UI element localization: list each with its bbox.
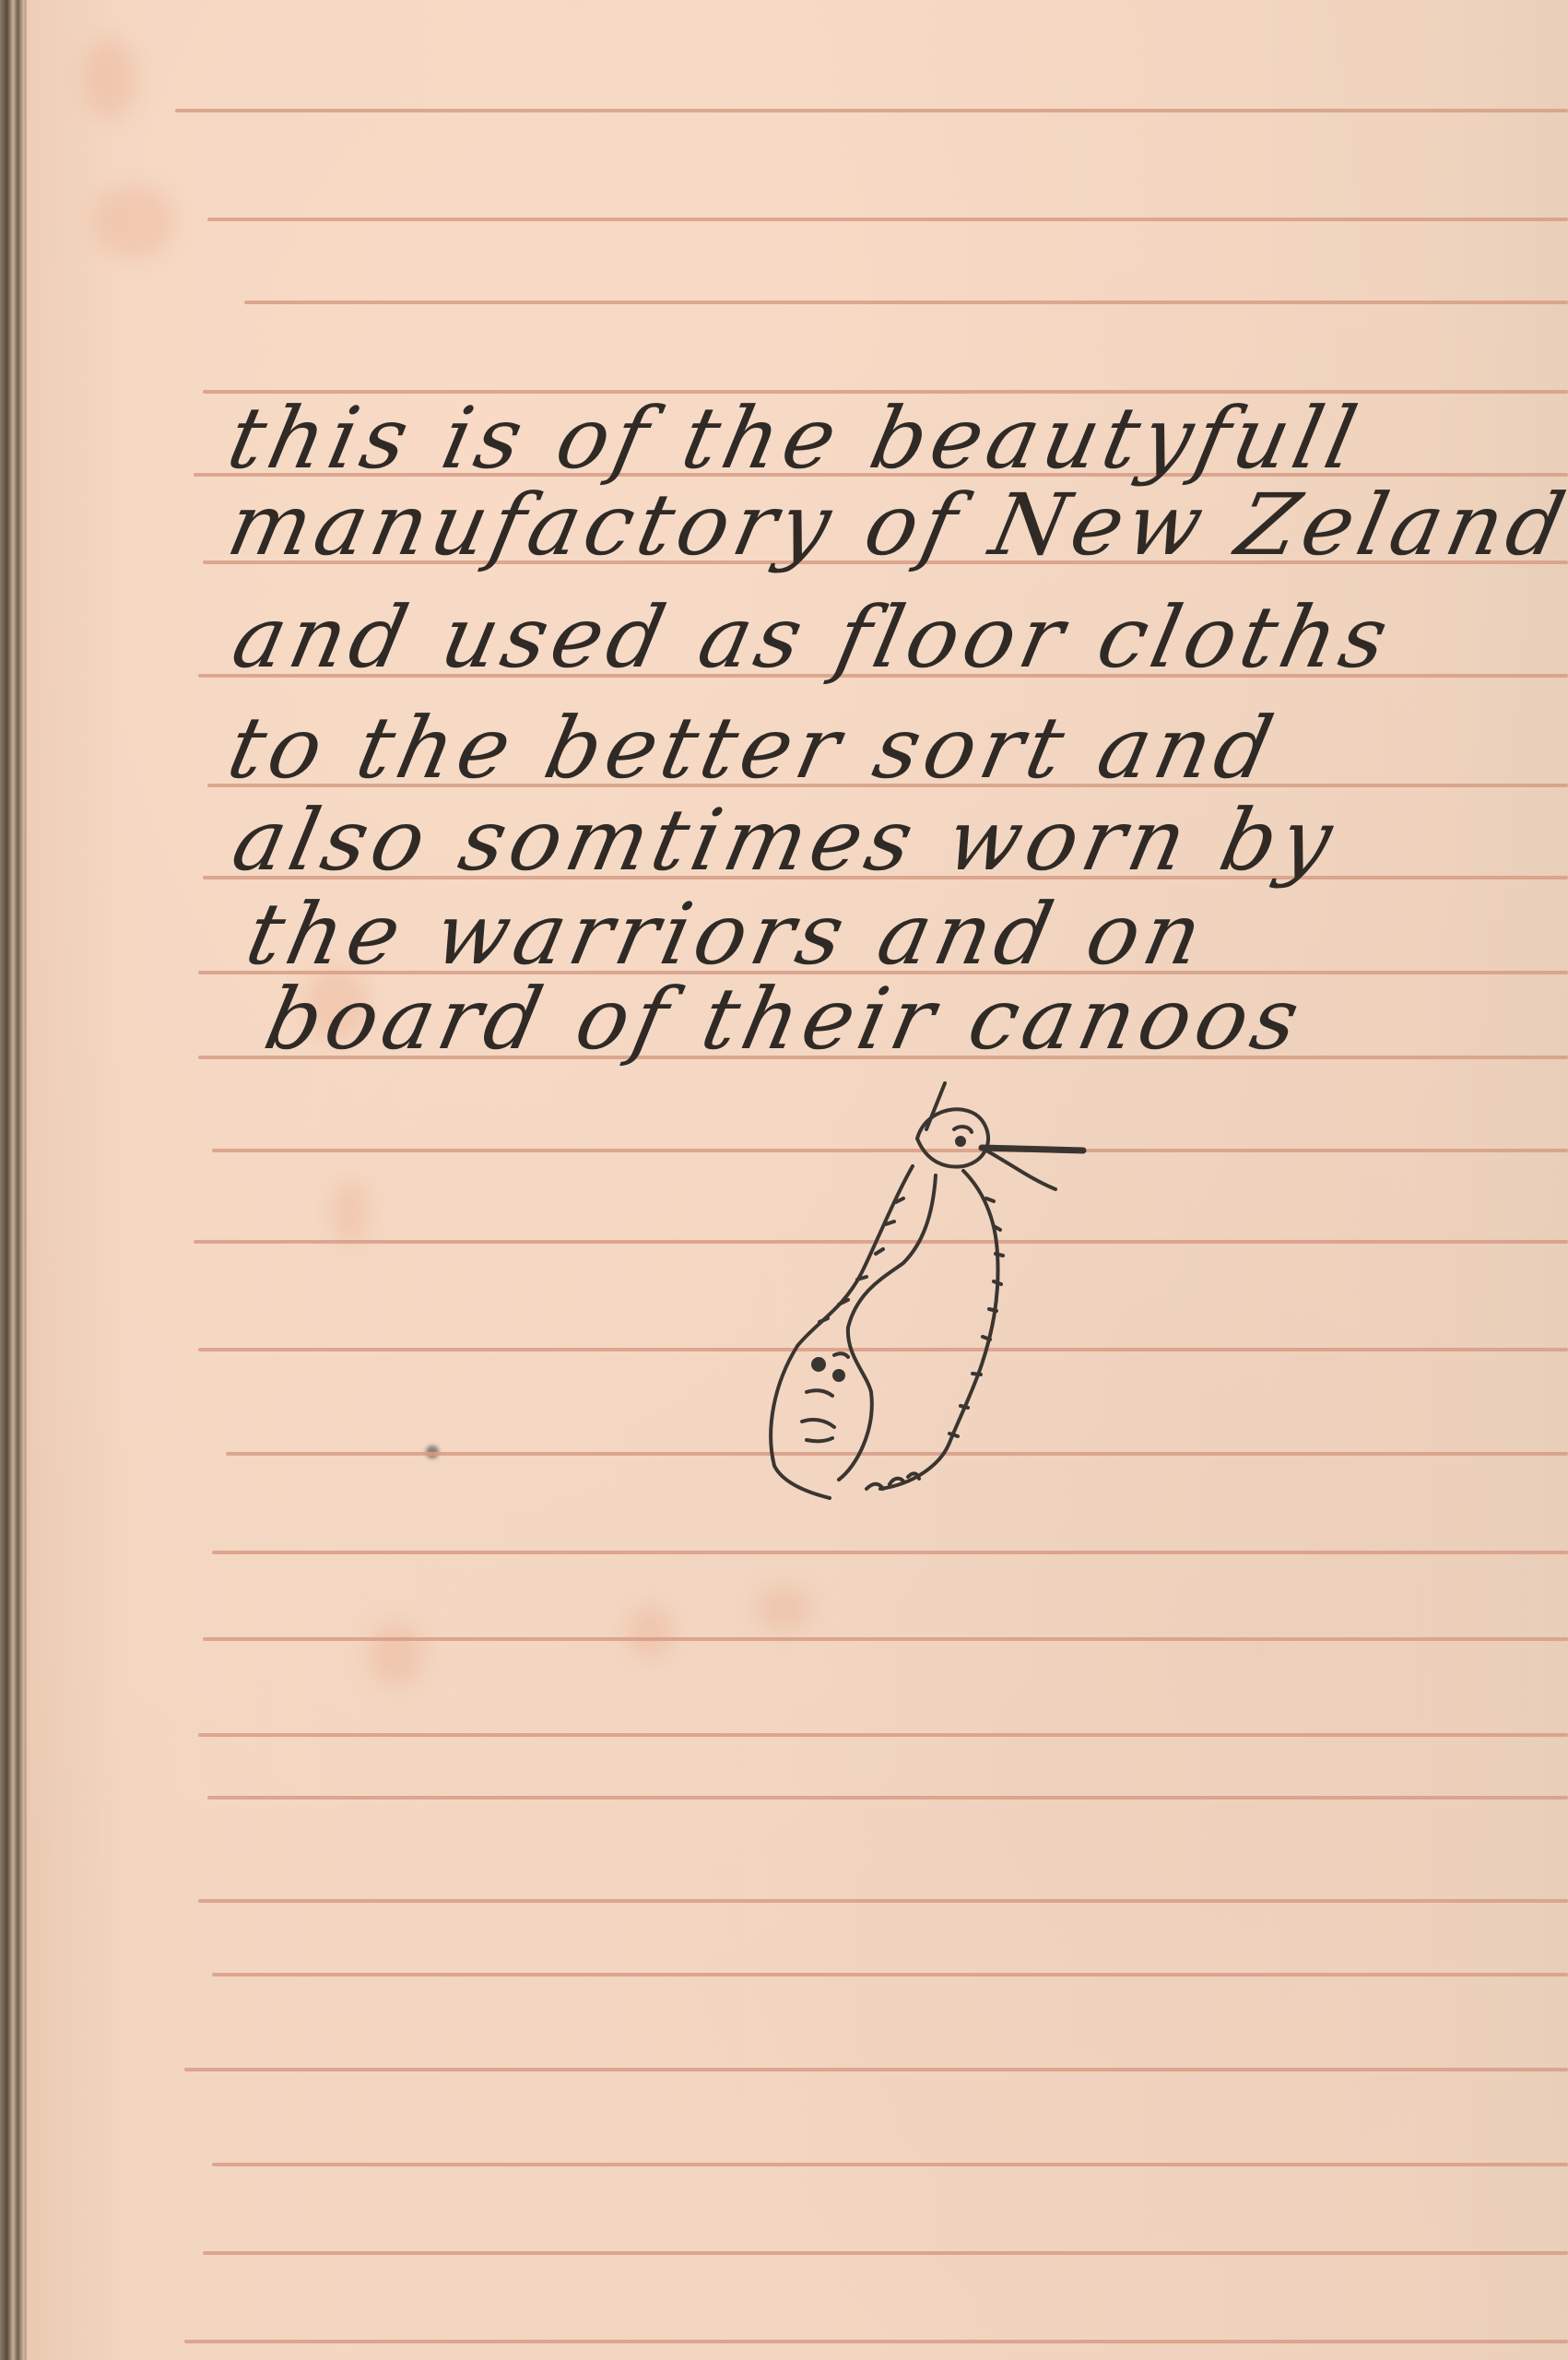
paper-stain	[332, 1180, 369, 1245]
handwritten-line-1: this is of the beautyfull	[221, 396, 1369, 481]
ruled-line	[212, 1973, 1568, 1976]
page-gutter	[24, 0, 27, 2360]
ruled-line	[175, 109, 1568, 112]
handwritten-line-2: manufactory of New Zeland	[221, 483, 1568, 568]
manuscript-page: this is of the beautyfull manufactory of…	[0, 0, 1568, 2360]
ruled-line	[207, 1796, 1568, 1799]
ruled-line	[203, 2251, 1568, 2255]
handwritten-line-7: board of their canoos	[258, 977, 1311, 1062]
ruled-line	[203, 1637, 1568, 1641]
book-binding-edge	[0, 0, 24, 2360]
paper-stain	[92, 184, 175, 258]
ruled-line	[184, 2068, 1568, 2071]
handwritten-line-3: and used as floor cloths	[226, 596, 1399, 680]
ruled-line	[198, 1733, 1568, 1737]
ruled-line	[184, 2340, 1568, 2343]
ruled-line	[198, 1899, 1568, 1903]
paper-stain	[756, 1586, 811, 1632]
handwritten-line-6: the warriors and on	[240, 892, 1214, 977]
ruled-line	[244, 301, 1568, 304]
paper-stain	[627, 1604, 673, 1659]
handwritten-line-5: also somtimes worn by	[226, 798, 1345, 883]
hanging-mat-sketch-icon	[719, 1079, 1125, 1521]
ruled-line	[212, 1551, 1568, 1554]
ruled-line	[207, 218, 1568, 221]
paper-stain	[369, 1622, 424, 1687]
paper-stain	[83, 37, 138, 120]
ruled-line	[212, 2163, 1568, 2166]
handwritten-line-4: to the better sort and	[221, 706, 1285, 791]
